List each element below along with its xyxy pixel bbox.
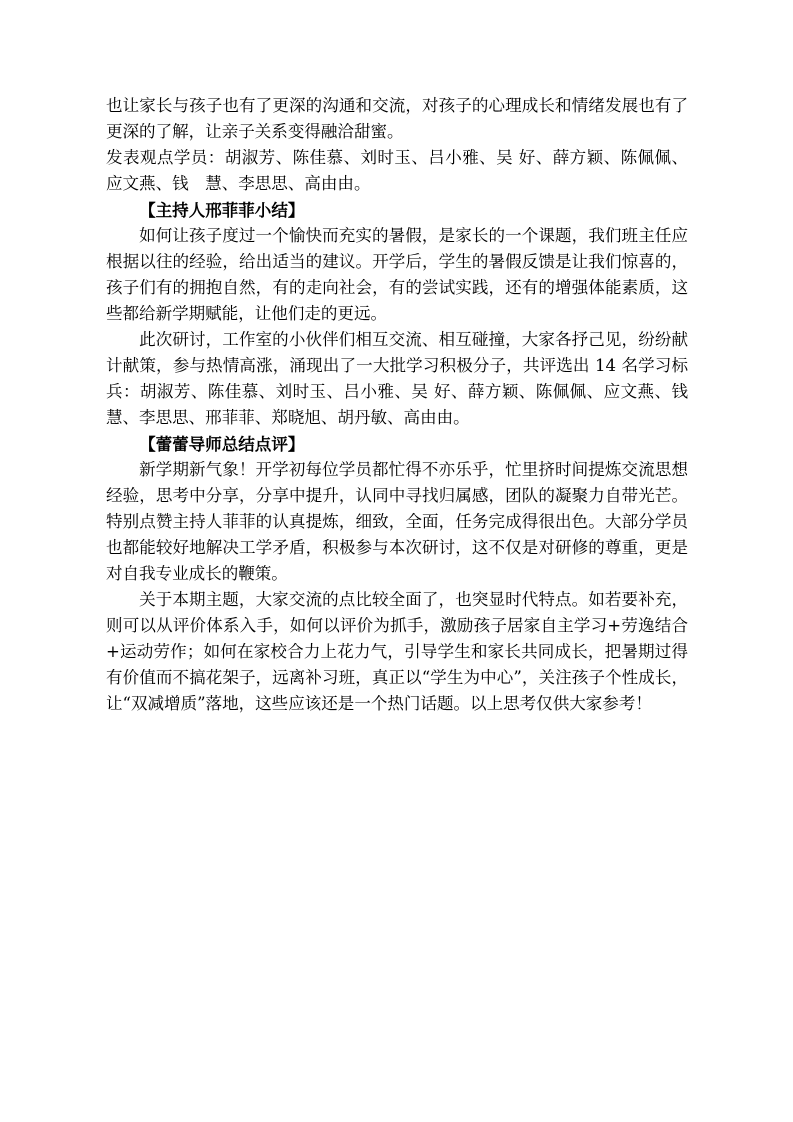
paragraph-speakers-list: 发表观点学员：胡淑芳、陈佳慕、刘时玉、吕小雅、吴 好、薛方颖、陈佩佩、应文燕、钱… (106, 145, 688, 197)
paragraph-continuation: 也让家长与孩子也有了更深的沟通和交流，对孩子的心理成长和情绪发展也有了更深的了解… (106, 93, 688, 145)
document-page: 也让家长与孩子也有了更深的沟通和交流，对孩子的心理成长和情绪发展也有了更深的了解… (0, 0, 793, 1122)
paragraph-mentor-comment-2: 关于本期主题，大家交流的点比较全面了，也突显时代特点。如若要补充，则可以从评价体… (106, 587, 688, 717)
section-heading-host-summary: 【主持人邢菲菲小结】 (106, 197, 688, 223)
paragraph-host-summary-2: 此次研讨，工作室的小伙伴们相互交流、相互碰撞，大家各抒己见，纷纷献计献策，参与热… (106, 327, 688, 431)
paragraph-mentor-comment-1: 新学期新气象！开学初每位学员都忙得不亦乐乎，忙里挤时间提炼交流思想经验，思考中分… (106, 457, 688, 587)
paragraph-host-summary-1: 如何让孩子度过一个愉快而充实的暑假，是家长的一个课题，我们班主任应根据以往的经验… (106, 223, 688, 327)
document-text-block: 也让家长与孩子也有了更深的沟通和交流，对孩子的心理成长和情绪发展也有了更深的了解… (106, 93, 688, 717)
section-heading-mentor-comment: 【蕾蕾导师总结点评】 (106, 431, 688, 457)
